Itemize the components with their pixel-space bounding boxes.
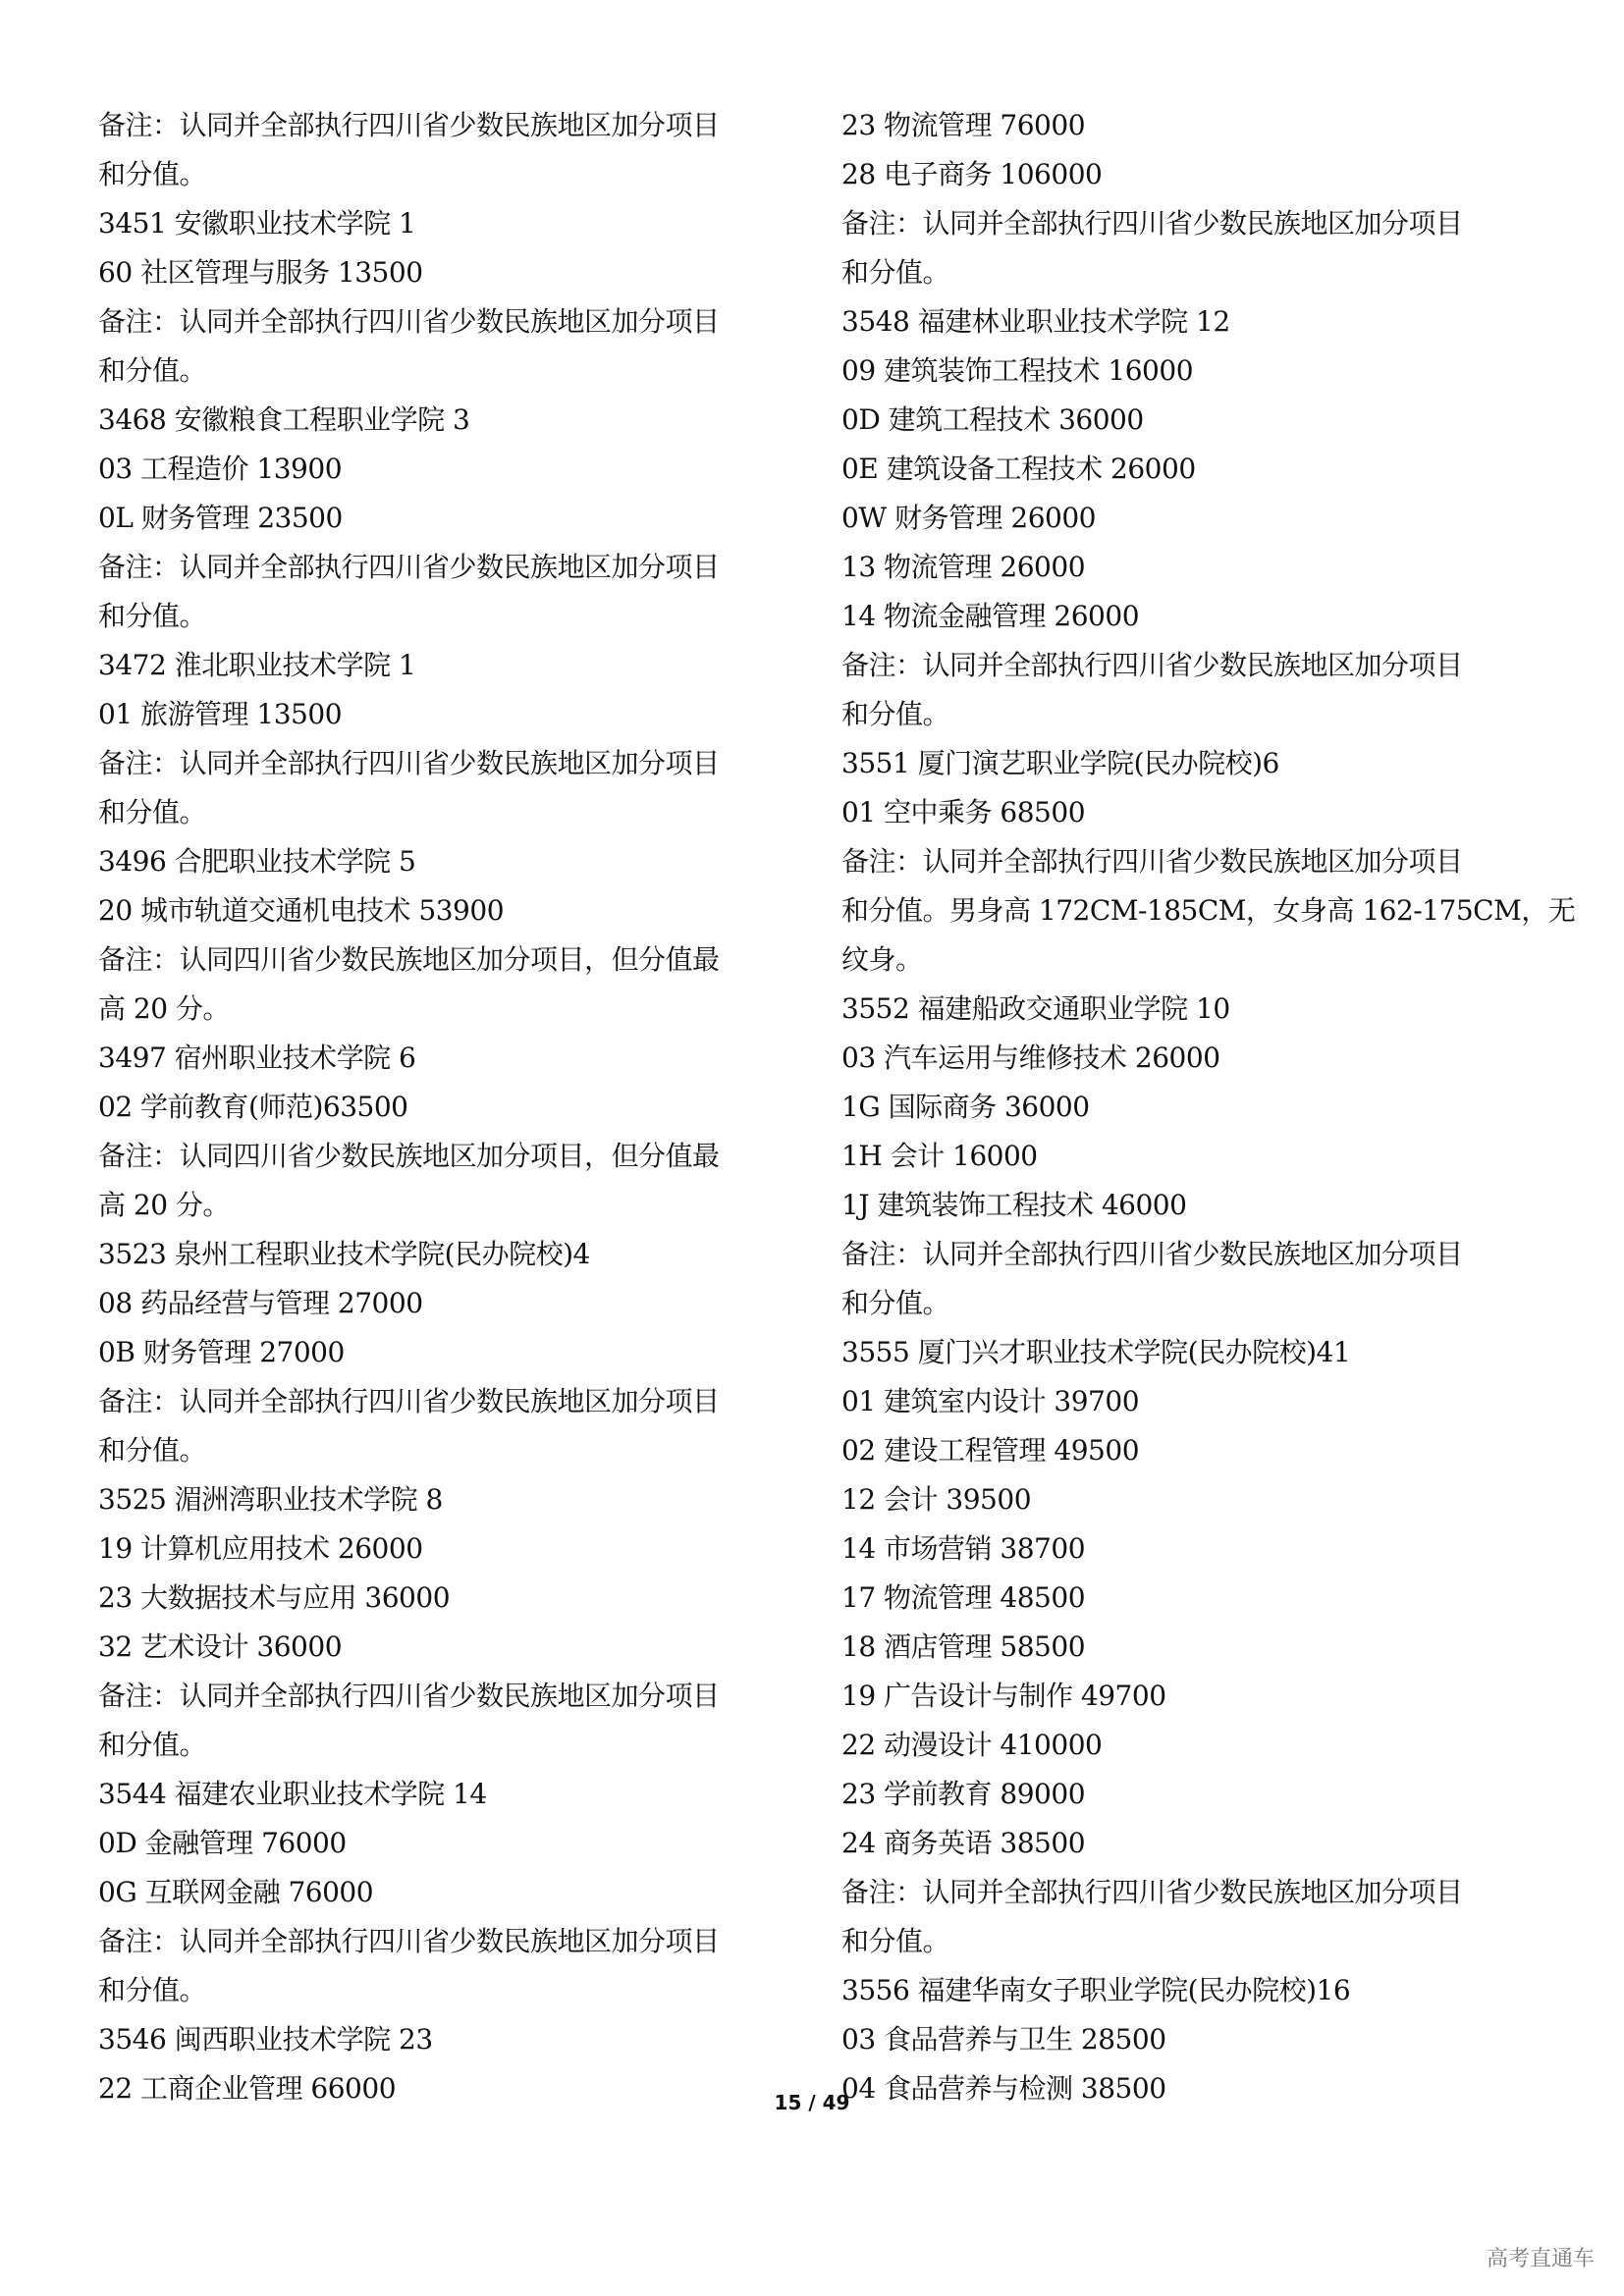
text-line: 和分值。	[841, 1279, 1548, 1328]
text-line: 和分值。	[841, 248, 1548, 297]
text-line: 20 城市轨道交通机电技术 53900	[98, 886, 805, 935]
text-line: 3468 安徽粮食工程职业学院 3	[98, 396, 805, 445]
text-line: 纹身。	[841, 935, 1548, 985]
text-line: 高 20 分。	[98, 1181, 805, 1230]
text-line: 和分值。男身高 172CM-185CM，女身高 162-175CM，无	[841, 886, 1548, 935]
text-line: 3556 福建华南女子职业学院(民办院校)16	[841, 1966, 1548, 2015]
text-line: 13 物流管理 26000	[841, 543, 1548, 592]
text-line: 28 电子商务 106000	[841, 150, 1548, 199]
text-line: 0G 互联网金融 76000	[98, 1868, 805, 1917]
text-line: 备注：认同并全部执行四川省少数民族地区加分项目	[98, 1917, 805, 1966]
text-line: 备注：认同并全部执行四川省少数民族地区加分项目	[841, 199, 1548, 248]
text-line: 3555 厦门兴才职业技术学院(民办院校)41	[841, 1328, 1548, 1377]
text-line: 03 工程造价 13900	[98, 445, 805, 494]
text-line: 0D 金融管理 76000	[98, 1819, 805, 1868]
text-line: 和分值。	[841, 690, 1548, 739]
text-line: 3525 湄洲湾职业技术学院 8	[98, 1475, 805, 1524]
document-page: 备注：认同并全部执行四川省少数民族地区加分项目和分值。3451 安徽职业技术学院…	[0, 0, 1624, 2296]
text-line: 01 建筑室内设计 39700	[841, 1377, 1548, 1426]
text-line: 高 20 分。	[98, 985, 805, 1034]
text-line: 备注：认同并全部执行四川省少数民族地区加分项目	[98, 1377, 805, 1426]
text-line: 23 大数据技术与应用 36000	[98, 1574, 805, 1623]
text-line: 3472 淮北职业技术学院 1	[98, 641, 805, 690]
watermark-logo: 高考直通车	[1487, 2242, 1595, 2272]
text-line: 3523 泉州工程职业技术学院(民办院校)4	[98, 1230, 805, 1279]
text-line: 1J 建筑装饰工程技术 46000	[841, 1181, 1548, 1230]
text-line: 和分值。	[98, 1721, 805, 1770]
text-line: 备注：认同四川省少数民族地区加分项目，但分值最	[98, 935, 805, 985]
left-column: 备注：认同并全部执行四川省少数民族地区加分项目和分值。3451 安徽职业技术学院…	[98, 101, 805, 2113]
text-line: 0W 财务管理 26000	[841, 494, 1548, 543]
text-line: 12 会计 39500	[841, 1475, 1548, 1524]
text-line: 22 动漫设计 410000	[841, 1721, 1548, 1770]
text-line: 和分值。	[98, 347, 805, 396]
text-line: 08 药品经营与管理 27000	[98, 1279, 805, 1328]
page-number: 15 / 49	[0, 2091, 1624, 2114]
text-line: 和分值。	[98, 788, 805, 837]
text-line: 备注：认同并全部执行四川省少数民族地区加分项目	[841, 1230, 1548, 1279]
text-line: 60 社区管理与服务 13500	[98, 248, 805, 297]
text-line: 备注：认同并全部执行四川省少数民族地区加分项目	[98, 1672, 805, 1721]
text-line: 32 艺术设计 36000	[98, 1623, 805, 1672]
text-line: 和分值。	[98, 1426, 805, 1475]
text-line: 3551 厦门演艺职业学院(民办院校)6	[841, 739, 1548, 788]
text-line: 3546 闽西职业技术学院 23	[98, 2015, 805, 2064]
text-line: 备注：认同四川省少数民族地区加分项目，但分值最	[98, 1132, 805, 1181]
text-line: 01 旅游管理 13500	[98, 690, 805, 739]
text-line: 3451 安徽职业技术学院 1	[98, 199, 805, 248]
text-line: 0E 建筑设备工程技术 26000	[841, 445, 1548, 494]
text-line: 3496 合肥职业技术学院 5	[98, 837, 805, 886]
text-line: 备注：认同并全部执行四川省少数民族地区加分项目	[98, 297, 805, 347]
text-line: 备注：认同并全部执行四川省少数民族地区加分项目	[98, 543, 805, 592]
text-line: 3552 福建船政交通职业学院 10	[841, 985, 1548, 1034]
text-line: 0B 财务管理 27000	[98, 1328, 805, 1377]
right-column: 23 物流管理 7600028 电子商务 106000备注：认同并全部执行四川省…	[841, 101, 1548, 2113]
text-line: 3544 福建农业职业技术学院 14	[98, 1770, 805, 1819]
text-line: 0L 财务管理 23500	[98, 494, 805, 543]
text-line: 备注：认同并全部执行四川省少数民族地区加分项目	[98, 739, 805, 788]
text-line: 3548 福建林业职业技术学院 12	[841, 297, 1548, 347]
text-line: 和分值。	[98, 1966, 805, 2015]
text-line: 备注：认同并全部执行四川省少数民族地区加分项目	[841, 641, 1548, 690]
text-line: 19 计算机应用技术 26000	[98, 1524, 805, 1574]
text-line: 3497 宿州职业技术学院 6	[98, 1034, 805, 1083]
text-line: 09 建筑装饰工程技术 16000	[841, 347, 1548, 396]
text-line: 17 物流管理 48500	[841, 1574, 1548, 1623]
text-line: 19 广告设计与制作 49700	[841, 1672, 1548, 1721]
text-line: 和分值。	[98, 150, 805, 199]
text-line: 备注：认同并全部执行四川省少数民族地区加分项目	[98, 101, 805, 150]
text-line: 1H 会计 16000	[841, 1132, 1548, 1181]
text-line: 14 物流金融管理 26000	[841, 592, 1548, 641]
text-line: 23 物流管理 76000	[841, 101, 1548, 150]
text-line: 24 商务英语 38500	[841, 1819, 1548, 1868]
text-line: 备注：认同并全部执行四川省少数民族地区加分项目	[841, 837, 1548, 886]
text-line: 和分值。	[841, 1917, 1548, 1966]
text-line: 0D 建筑工程技术 36000	[841, 396, 1548, 445]
text-line: 02 建设工程管理 49500	[841, 1426, 1548, 1475]
text-line: 14 市场营销 38700	[841, 1524, 1548, 1574]
text-line: 03 汽车运用与维修技术 26000	[841, 1034, 1548, 1083]
text-line: 03 食品营养与卫生 28500	[841, 2015, 1548, 2064]
text-line: 23 学前教育 89000	[841, 1770, 1548, 1819]
text-line: 备注：认同并全部执行四川省少数民族地区加分项目	[841, 1868, 1548, 1917]
text-line: 02 学前教育(师范)63500	[98, 1083, 805, 1132]
text-line: 18 酒店管理 58500	[841, 1623, 1548, 1672]
text-line: 和分值。	[98, 592, 805, 641]
text-line: 01 空中乘务 68500	[841, 788, 1548, 837]
text-line: 1G 国际商务 36000	[841, 1083, 1548, 1132]
